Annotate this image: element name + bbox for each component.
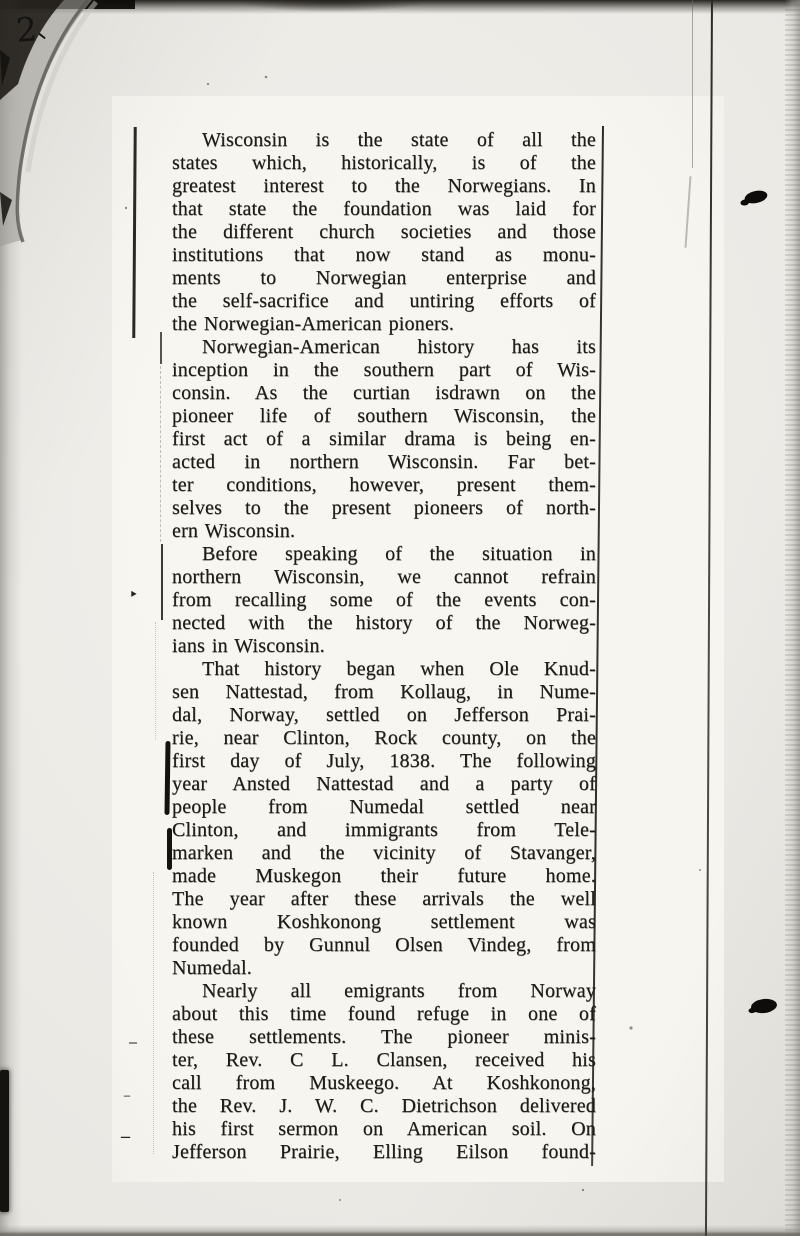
margin-dash-mark: – xyxy=(123,1089,131,1102)
page-fold-line-faint xyxy=(692,0,693,168)
ink-blot xyxy=(739,189,769,207)
text-line: his first sermon on American soil. On xyxy=(172,1118,596,1141)
text-line: Before speaking of the situation in xyxy=(172,543,596,566)
text-line: nected with the history of the Norweg- xyxy=(172,612,596,635)
text-line: dal, Norway, settled on Jefferson Prai- xyxy=(172,704,596,727)
paragraph: Nearly all emigrants from Norwayabout th… xyxy=(172,980,596,1164)
text-line: Nearly all emigrants from Norway xyxy=(172,980,596,1003)
clipping-rule-left-faint xyxy=(160,366,161,542)
margin-arrow-mark: ▸ xyxy=(131,586,136,600)
text-line: ians in Wisconsin. xyxy=(172,635,596,658)
text-line: call from Muskeego. At Koshkonong, xyxy=(172,1072,596,1095)
clipping-rule-left xyxy=(160,332,162,364)
text-line: made Muskegon their future home. xyxy=(172,865,596,888)
clipping-rule-left-faint xyxy=(155,622,156,740)
text-line: rie, near Clinton, Rock county, on the xyxy=(172,727,596,750)
text-line: people from Numedal settled near xyxy=(172,796,596,819)
margin-dash-mark: – xyxy=(128,1034,138,1051)
text-line: the different church societies and those xyxy=(172,221,596,244)
page-number: 2 xyxy=(15,9,39,49)
text-line: The year after these arrivals the well xyxy=(172,888,596,911)
paragraph: Wisconsin is the state of all thestates … xyxy=(172,129,596,336)
text-line: known Koshkonong settlement was xyxy=(172,911,596,934)
text-line: acted in northern Wisconsin. Far bet- xyxy=(172,451,596,474)
text-line: inception in the southern part of Wis- xyxy=(172,359,596,382)
text-line: ern Wisconsin. xyxy=(172,520,596,543)
text-line: founded by Gunnul Olsen Vindeg, from xyxy=(172,934,596,957)
text-line: ments to Norwegian enterprise and xyxy=(172,267,596,290)
clipping-rule-left xyxy=(161,544,163,620)
scanned-page: 2 ▸ – – _ Wisconsin is the state of all … xyxy=(0,0,800,1236)
text-line: consin. As the curtian isdrawn on the xyxy=(172,382,596,405)
text-line: the self-sacrifice and untiring efforts … xyxy=(172,290,596,313)
text-line: institutions that now stand as monu- xyxy=(172,244,596,267)
text-line: selves to the present pioneers of north- xyxy=(172,497,596,520)
paragraph: That history began when Ole Knud-sen Nat… xyxy=(172,658,596,980)
paragraph: Before speaking of the situation innorth… xyxy=(172,543,596,658)
text-line: sen Nattestad, from Kollaug, in Nume- xyxy=(172,681,596,704)
text-line: Norwegian-American history has its xyxy=(172,336,596,359)
clipping-rule-left-faint xyxy=(153,872,154,1154)
text-line: these settlements. The pioneer minis- xyxy=(172,1026,596,1049)
text-line: first day of July, 1838. The following xyxy=(172,750,596,773)
text-line: that state the foundation was laid for xyxy=(172,198,596,221)
text-line: northern Wisconsin, we cannot refrain xyxy=(172,566,596,589)
text-line: marken and the vicinity of Stavanger, xyxy=(172,842,596,865)
text-line: states which, historically, is of the xyxy=(172,152,596,175)
text-line: ter conditions, however, present them- xyxy=(172,474,596,497)
text-line: year Ansted Nattestad and a party of xyxy=(172,773,596,796)
ink-blot xyxy=(747,997,777,1014)
text-line: greatest interest to the Norwegians. In xyxy=(172,175,596,198)
text-line: Clinton, and immigrants from Tele- xyxy=(172,819,596,842)
text-line: ter, Rev. C L. Clansen, received his xyxy=(172,1049,596,1072)
text-line: That history began when Ole Knud- xyxy=(172,658,596,681)
text-line: first act of a similar drama is being en… xyxy=(172,428,596,451)
text-line: Jefferson Prairie, Elling Eilson found- xyxy=(172,1141,596,1164)
text-line: Wisconsin is the state of all the xyxy=(172,129,596,152)
text-line: from recalling some of the events con- xyxy=(172,589,596,612)
text-line: the Norwegian-American pioners. xyxy=(172,313,596,336)
paragraph: Norwegian-American history has itsincept… xyxy=(172,336,596,543)
article-text: Wisconsin is the state of all thestates … xyxy=(172,129,596,1164)
text-line: Numedal. xyxy=(172,957,596,980)
text-line: the Rev. J. W. C. Dietrichson delivered xyxy=(172,1095,596,1118)
margin-underscore-mark: _ xyxy=(121,1118,130,1139)
clipping-rule-left-thick xyxy=(164,741,170,815)
text-line: about this time found refuge in one of xyxy=(172,1003,596,1026)
text-line: pioneer life of southern Wisconsin, the xyxy=(172,405,596,428)
